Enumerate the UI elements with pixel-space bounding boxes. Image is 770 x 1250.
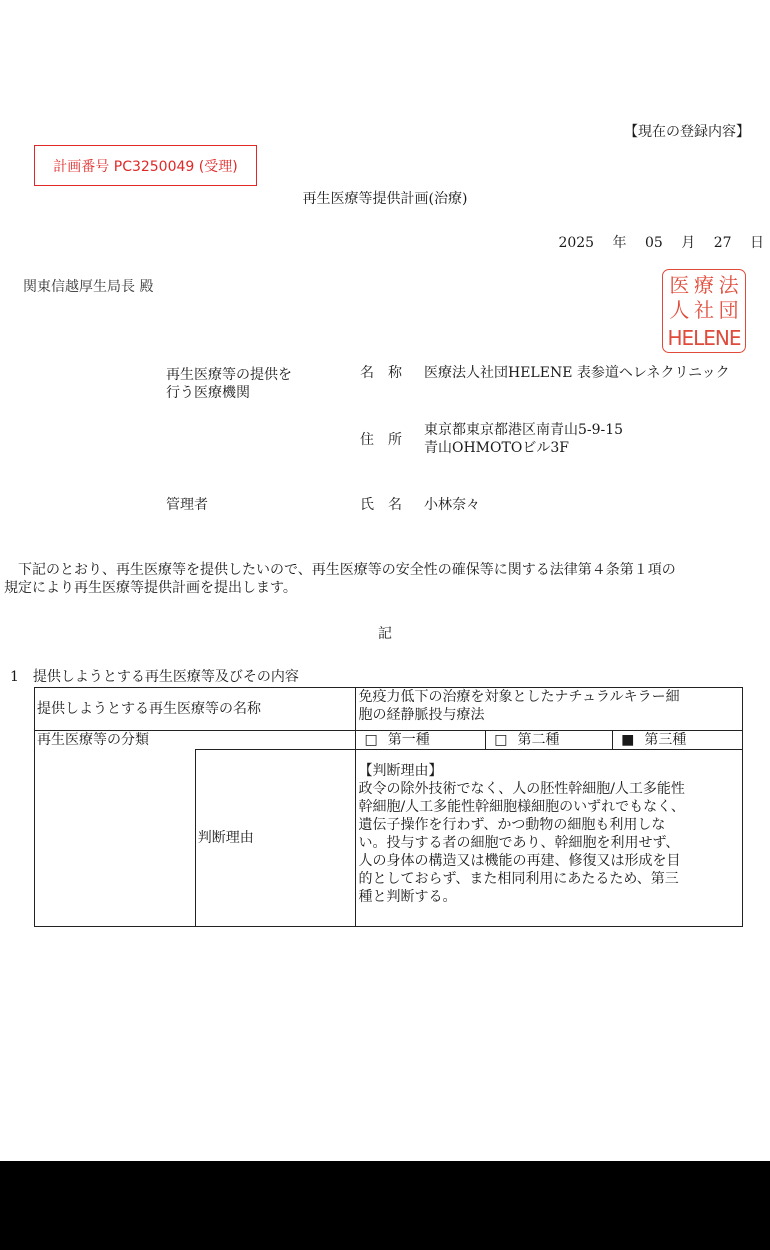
treatment-name-line2: 胞の経静脈投与療法 bbox=[358, 706, 740, 724]
document-title: 再生医療等提供計画(治療) bbox=[0, 190, 770, 208]
treatment-details-table: 提供しようとする再生医療等の名称 免疫力低下の治療を対象としたナチュラルキラー細… bbox=[34, 687, 743, 927]
date-day-unit: 日 bbox=[750, 235, 764, 251]
seal-kanji: 医 療 法 人 社 団 bbox=[667, 273, 741, 323]
reason-text: 【判断理由】 政令の除外技術でなく、人の胚性幹細胞/人工多能性 幹細胞/人工多能… bbox=[356, 750, 743, 927]
corporate-seal-icon: 医 療 法 人 社 団 HELENE bbox=[662, 269, 746, 353]
class-option-type1: □第一種 bbox=[356, 731, 486, 750]
manager-label: 管理者 bbox=[166, 496, 208, 514]
seal-char: 医 bbox=[667, 273, 692, 298]
bottom-black-band bbox=[0, 1161, 770, 1250]
class-option-type3: ■第三種 bbox=[613, 731, 743, 750]
table-row-name: 提供しようとする再生医療等の名称 免疫力低下の治療を対象としたナチュラルキラー細… bbox=[35, 688, 743, 731]
checkbox-unchecked-icon: □ bbox=[364, 732, 377, 748]
registration-status-label: 【現在の登録内容】 bbox=[624, 123, 750, 141]
seal-char: 法 bbox=[716, 273, 741, 298]
manager-name: 小林奈々 bbox=[424, 496, 480, 514]
ki-heading: 記 bbox=[0, 625, 770, 643]
classification-label: 再生医療等の分類 bbox=[35, 731, 356, 750]
treatment-name-line1: 免疫力低下の治療を対象としたナチュラルキラー細 bbox=[358, 688, 740, 706]
statement-line1: 下記のとおり、再生医療等を提供したいので、再生医療等の安全性の確保等に関する法律… bbox=[4, 561, 770, 579]
address-line1: 東京都東京都港区南青山5-9-15 bbox=[424, 421, 623, 439]
table-row-reason: 判断理由 【判断理由】 政令の除外技術でなく、人の胚性幹細胞/人工多能性 幹細胞… bbox=[35, 750, 743, 927]
treatment-name-label: 提供しようとする再生医療等の名称 bbox=[35, 688, 356, 731]
reason-label: 判断理由 bbox=[195, 750, 356, 927]
manager-name-key: 氏名 bbox=[360, 496, 416, 514]
submission-statement: 下記のとおり、再生医療等を提供したいので、再生医療等の安全性の確保等に関する法律… bbox=[4, 561, 770, 597]
seal-char: 団 bbox=[716, 298, 741, 323]
reason-line: い。投与する者の細胞であり、幹細胞を利用せず、 bbox=[358, 834, 740, 852]
institution-label-line2: 行う医療機関 bbox=[166, 384, 250, 402]
reason-line: 種と判断する。 bbox=[358, 888, 740, 906]
class-label: 第一種 bbox=[388, 732, 430, 748]
reason-heading: 【判断理由】 bbox=[358, 762, 740, 780]
plan-number-text: 計画番号 PC3250049 (受理) bbox=[53, 156, 237, 176]
date-month: 05 bbox=[645, 235, 663, 251]
seal-latin: HELENE bbox=[665, 325, 743, 351]
seal-char: 療 bbox=[692, 273, 717, 298]
name-key: 名称 bbox=[360, 364, 416, 382]
reason-line: 遺伝子操作を行わず、かつ動物の細胞も利用しな bbox=[358, 816, 740, 834]
date-month-unit: 月 bbox=[681, 235, 695, 251]
treatment-name-value: 免疫力低下の治療を対象としたナチュラルキラー細 胞の経静脈投与療法 bbox=[356, 688, 743, 731]
class-label: 第二種 bbox=[518, 732, 560, 748]
institution-name: 医療法人社団HELENE 表参道ヘレネクリニック bbox=[424, 364, 730, 382]
empty-cell bbox=[35, 750, 196, 927]
table-row-classification: 再生医療等の分類 □第一種 □第二種 ■第三種 bbox=[35, 731, 743, 750]
section-1-title: 1提供しようとする再生医療等及びその内容 bbox=[10, 668, 299, 686]
class-option-type2: □第二種 bbox=[486, 731, 613, 750]
address-key: 住所 bbox=[360, 431, 416, 449]
statement-line2: 規定により再生医療等提供計画を提出します。 bbox=[4, 579, 770, 597]
address-line2: 青山OHMOTOビル3F bbox=[424, 439, 569, 457]
date-year: 2025 bbox=[558, 235, 594, 251]
seal-char: 社 bbox=[692, 298, 717, 323]
class-label: 第三種 bbox=[644, 732, 686, 748]
checkbox-checked-icon: ■ bbox=[621, 732, 634, 748]
section-number: 1 bbox=[10, 669, 19, 685]
plan-number-stamp: 計画番号 PC3250049 (受理) bbox=[34, 145, 257, 186]
date-day: 27 bbox=[714, 235, 732, 251]
institution-label-line1: 再生医療等の提供を bbox=[166, 366, 292, 384]
seal-char: 人 bbox=[667, 298, 692, 323]
submission-date: 2025 年 05 月 27 日 bbox=[544, 234, 764, 252]
reason-line: 人の身体の構造又は機能の再建、修復又は形成を目 bbox=[358, 852, 740, 870]
date-year-unit: 年 bbox=[613, 235, 627, 251]
checkbox-unchecked-icon: □ bbox=[494, 732, 507, 748]
reason-line: 幹細胞/人工多能性幹細胞様細胞のいずれでもなく、 bbox=[358, 798, 740, 816]
addressee: 関東信越厚生局長 殿 bbox=[23, 278, 153, 296]
section-title-text: 提供しようとする再生医療等及びその内容 bbox=[33, 669, 299, 685]
reason-line: 政令の除外技術でなく、人の胚性幹細胞/人工多能性 bbox=[358, 780, 740, 798]
reason-line: 的としておらず、また相同利用にあたるため、第三 bbox=[358, 870, 740, 888]
